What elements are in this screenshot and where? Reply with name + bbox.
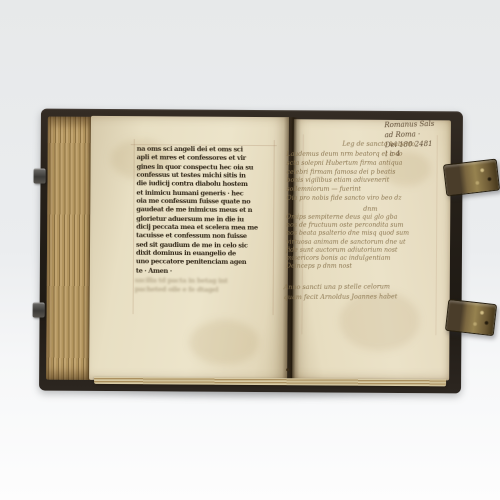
cursive-line: scta solepni Hubertum firma antiqua <box>286 159 426 168</box>
cursive-line: Omips sempiterne deus qui glo gba <box>286 214 428 222</box>
cursive-line: nos de fructuum oste percondita sum <box>286 222 428 230</box>
gothic-text-line: te · Amen · <box>136 266 272 276</box>
annotation-footer: Anno sancti una p stelle celorumquam fec… <box>284 282 422 302</box>
cursive-line: quam fecit Arnoldus Joannes habet <box>284 292 422 303</box>
lower-clasp-catch <box>33 302 45 317</box>
cursive-line: fide sunt auctorum adiutorium nost <box>286 247 428 255</box>
annotation-paragraph-2: Omips sempiterne deus qui glo gbanos de … <box>286 214 428 271</box>
cursive-line: virtuosa animam de sanctorum dne ut <box>286 238 428 246</box>
manuscript-book: na oms sci angeli dei et oms sciapli et … <box>39 109 463 394</box>
annotation-heading: Leg de sancto huberto <box>323 139 435 148</box>
cursive-line: nos beata psalterio dne misq quod sum <box>286 230 428 238</box>
cursive-line: Deinceps p dnm nost <box>286 263 428 271</box>
annotation-mid-word: dnm <box>340 205 400 213</box>
photo-stage: na oms sci angeli dei et oms sciapli et … <box>0 0 500 500</box>
cursive-line: Laudemus deum nrm beatorq et loco <box>286 151 426 160</box>
cursive-line: sollemniorum — fuerint <box>287 186 427 195</box>
cursive-line: Oia pro nobis fide sancto viro beo dz <box>287 195 427 204</box>
cursive-line: misericors bonis ac indulgentiam <box>286 255 428 263</box>
upper-clasp-catch <box>33 168 45 183</box>
showthrough-text: sacilia td pacta in betag intpacheted oi… <box>135 276 267 295</box>
gothic-text-block: na oms sci angeli dei et oms sciapli et … <box>136 145 273 276</box>
cursive-line: bonis vigilibus etiam adiuvenerit <box>287 177 427 186</box>
gutter-speck <box>286 368 289 371</box>
lower-brass-clasp <box>445 299 497 336</box>
showthrough-line: pacheted oile e fe dtagel <box>135 285 267 295</box>
upper-brass-clasp <box>443 159 500 197</box>
cursive-line: celebri firmam famosa dei p beatis <box>287 168 427 177</box>
annotation-paragraph-1: Laudemus deum nrm beatorq et locoscta so… <box>286 151 426 204</box>
page-fore-edge <box>46 117 93 380</box>
parchment-stain <box>189 320 259 365</box>
